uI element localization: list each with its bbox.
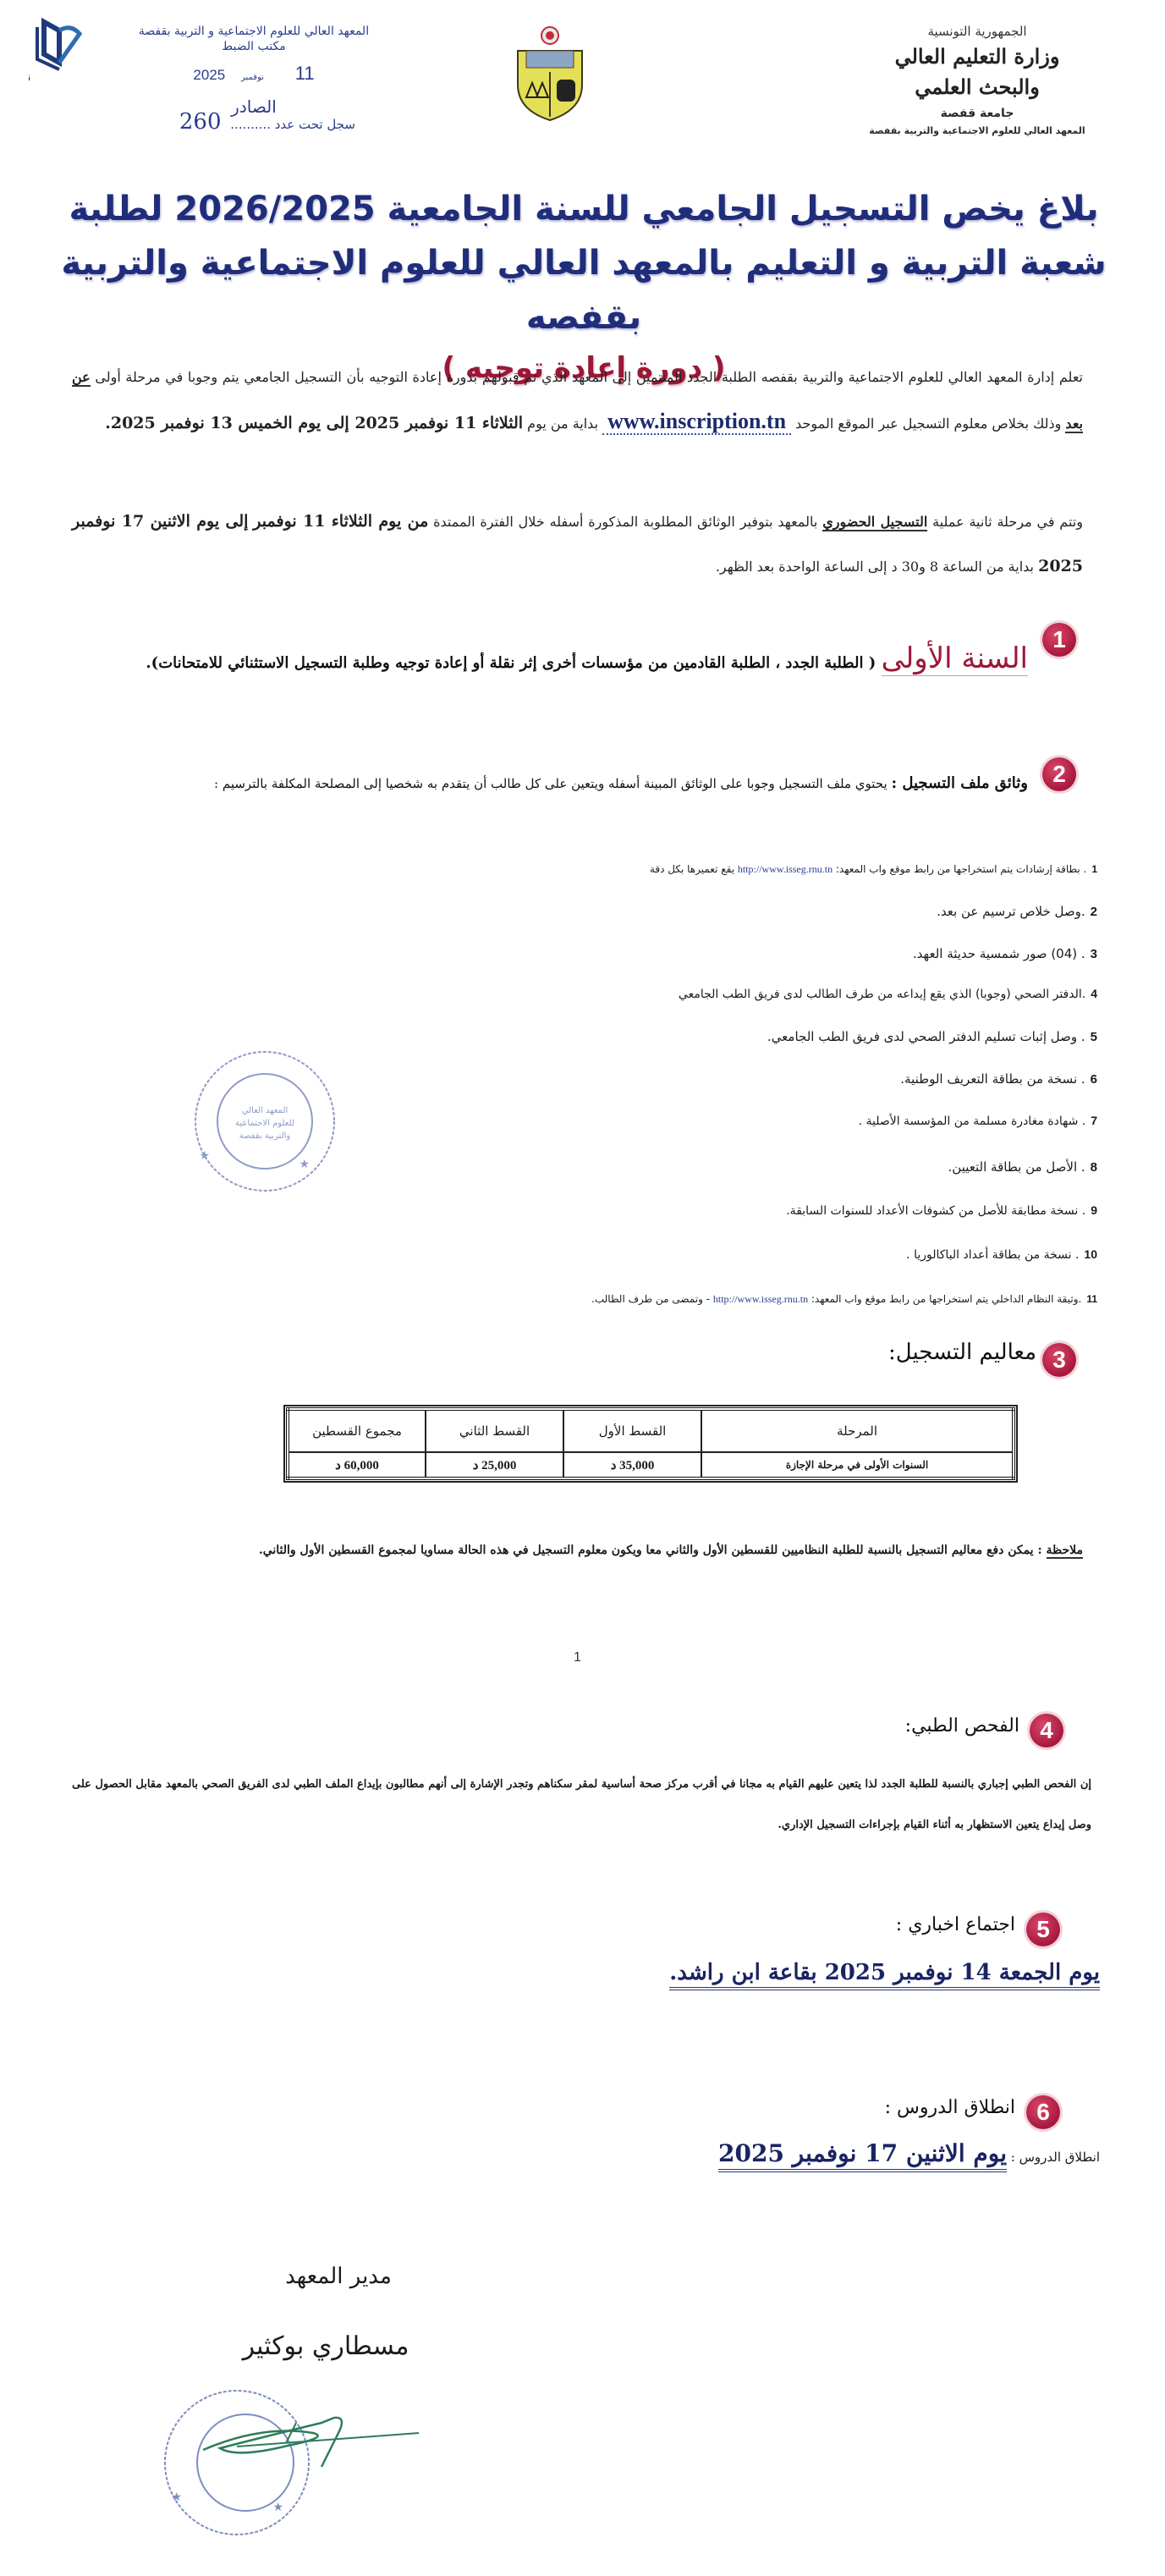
page-number: 1 — [574, 1650, 581, 1665]
medical-exam-text: إن الفحص الطبي إجباري بالنسبة للطلبة الج… — [72, 1764, 1091, 1846]
table-header-row: المرحلة القسط الأول القسط الثاني مجموع ا… — [288, 1409, 1014, 1452]
isseg-link[interactable]: http://www.isseg.rnu.tn — [713, 1293, 808, 1305]
second-phase-paragraph: وتتم في مرحلة ثانية عملية التسجيل الحضور… — [72, 499, 1083, 589]
fees-note: ملاحظة : يمكن دفع معاليم التسجيل بالنسبة… — [72, 1530, 1083, 1571]
document-item: 1. بطاقة إرشادات يتم استخراجها من رابط م… — [650, 863, 1097, 876]
republic-label: الجمهورية التونسية — [855, 24, 1100, 39]
svg-text:★: ★ — [272, 2501, 283, 2514]
title-line-1: بلاغ يخص التسجيل الجامعي للسنة الجامعية … — [34, 182, 1134, 236]
col-first-installment: القسط الأول — [563, 1409, 701, 1452]
section-2-text: يحتوي ملف التسجيل وجوبا على الوثائق المب… — [214, 776, 887, 791]
remote-dates: الثلاثاء 11 نوفمبر 2025 إلى يوم الخميس 1… — [105, 414, 523, 432]
fees-table: المرحلة القسط الأول القسط الثاني مجموع ا… — [286, 1407, 1015, 1480]
document-item: 8. الأصل من بطاقة التعيين. — [948, 1159, 1097, 1175]
section-6-heading: انطلاق الدروس : — [846, 2097, 1015, 2118]
col-stage: المرحلة — [701, 1409, 1014, 1452]
document-item: 10. نسخة من بطاقة أعداد الباكالوريا . — [906, 1247, 1097, 1262]
document-item: 4.الدفتر الصحي (وجوبا) الذي يقع إيداعه م… — [679, 987, 1097, 1001]
director-name: مسطاري بوكثير — [228, 2331, 423, 2361]
director-title: مدير المعهد — [254, 2264, 423, 2289]
institute-line: المعهد العالي للعلوم الاجتماعية و التربي… — [135, 24, 372, 39]
classes-start-date: يوم الاثنين 17 نوفمبر 2025 — [718, 2139, 1007, 2172]
svg-text:★: ★ — [171, 2491, 182, 2504]
registered-label: سجل تحت عدد — [275, 117, 355, 132]
isseg-link[interactable]: http://www.isseg.rnu.tn — [738, 863, 833, 875]
signature-icon — [186, 2399, 423, 2475]
date-month: نوفمبر — [241, 73, 264, 82]
svg-text:★: ★ — [199, 1149, 210, 1163]
section-4-badge-icon: 4 — [1030, 1714, 1063, 1748]
svg-text:ISSSEG: ISSSEG — [29, 71, 30, 83]
university-name: جامعة قفصة — [855, 107, 1100, 120]
section-5-heading: اجتماع اخباري : — [846, 1914, 1015, 1935]
document-item: 7. شهادة مغادرة مسلمة من المؤسسة الأصلية… — [859, 1114, 1097, 1128]
institute-logo: ISSSEG — [29, 15, 93, 83]
svg-text:★: ★ — [299, 1158, 310, 1171]
document-item: 2.وصل خلاص ترسيم عن بعد. — [937, 904, 1097, 919]
section-4-heading: الفحص الطبي: — [863, 1715, 1019, 1737]
ministry-header: الجمهورية التونسية وزارة التعليم العالي … — [855, 24, 1100, 136]
note-text: : يمكن دفع معاليم التسجيل بالنسبة للطلبة… — [259, 1544, 1042, 1557]
section-5-badge-icon: 5 — [1026, 1913, 1060, 1946]
registry-block: المعهد العالي للعلوم الاجتماعية و التربي… — [135, 24, 372, 132]
institute-name: المعهد العالي للعلوم الاجتماعية والتربية… — [855, 125, 1100, 136]
document-item: 11.وثيقة النظام الداخلي يتم استخراجها من… — [591, 1293, 1097, 1306]
registration-number: 260 — [179, 109, 222, 135]
section-3-badge-icon: 3 — [1042, 1343, 1076, 1377]
intro-paragraph: تعلم إدارة المعهد العالي للعلوم الاجتماع… — [72, 355, 1083, 446]
classes-start-label: انطلاق الدروس : — [1007, 2149, 1100, 2165]
svg-text:للعلوم الاجتماعية: للعلوم الاجتماعية — [235, 1119, 294, 1128]
section-2-heading: وثائق ملف التسجيل : — [891, 774, 1028, 792]
onsite-emphasis: التسجيل الحضوري — [822, 514, 927, 531]
section-2-documents-intro: وثائق ملف التسجيل : يحتوي ملف التسجيل وج… — [72, 753, 1028, 814]
section-6-badge-icon: 6 — [1026, 2095, 1060, 2129]
svg-text:المعهد العالي: المعهد العالي — [242, 1106, 289, 1115]
outgoing-label: الصادر — [135, 99, 372, 114]
ministry-line-2: والبحث العلمي — [855, 74, 1100, 100]
section-1-badge-icon: 1 — [1042, 623, 1076, 657]
section-2-badge-icon: 2 — [1042, 757, 1076, 791]
date-day: 11 — [295, 63, 315, 84]
col-total: مجموع القسطين — [288, 1409, 426, 1452]
inscription-link[interactable]: www.inscription.tn — [602, 409, 791, 435]
ministry-line-1: وزارة التعليم العالي — [855, 44, 1100, 69]
table-row: السنوات الأولى في مرحلة الإجازة 35,000 د… — [288, 1452, 1014, 1478]
document-item: 3. (04) صور شمسية حديثة العهد. — [913, 946, 1097, 961]
note-label: ملاحظة — [1047, 1544, 1084, 1559]
book-logo-icon: ISSSEG — [29, 15, 93, 83]
official-stamp-icon: المعهد العالي للعلوم الاجتماعية والتربية… — [184, 1041, 345, 1202]
registration-line: سجل تحت عدد .......... 260 — [135, 114, 372, 132]
col-second-installment: القسط الثاني — [426, 1409, 563, 1452]
coat-of-arms-icon — [508, 25, 592, 123]
document-item: 9. نسخة مطابقة للأصل من كشوفات الأعداد ل… — [786, 1203, 1097, 1218]
section-1-heading: السنة الأولى — [882, 641, 1028, 676]
date-year: 2025 — [193, 67, 225, 83]
title-line-2: شعبة التربية و التعليم بالمعهد العالي لل… — [34, 236, 1134, 344]
section-1-text: ( الطلبة الجدد ، الطلبة القادمين من مؤسس… — [146, 654, 876, 672]
office-label: مكتب الضبط — [135, 39, 372, 54]
meeting-date: يوم الجمعة 14 نوفمبر 2025 بقاعة ابن راشد… — [660, 1960, 1100, 1985]
classes-start-line: انطلاق الدروس : يوم الاثنين 17 نوفمبر 20… — [694, 2139, 1100, 2167]
document-item: 5. وصل إثبات تسليم الدفتر الصحي لدى فريق… — [767, 1029, 1097, 1044]
svg-text:والتربية بقفصة: والتربية بقفصة — [239, 1131, 291, 1141]
document-item: 6. نسخة من بطاقة التعريف الوطنية. — [900, 1071, 1097, 1087]
section-1-first-year: السنة الأولى ( الطلبة الجدد ، الطلبة الق… — [72, 616, 1028, 706]
registry-date: 11 نوفمبر 2025 — [135, 66, 372, 85]
section-3-heading: معاليم التسجيل: — [880, 1340, 1036, 1365]
